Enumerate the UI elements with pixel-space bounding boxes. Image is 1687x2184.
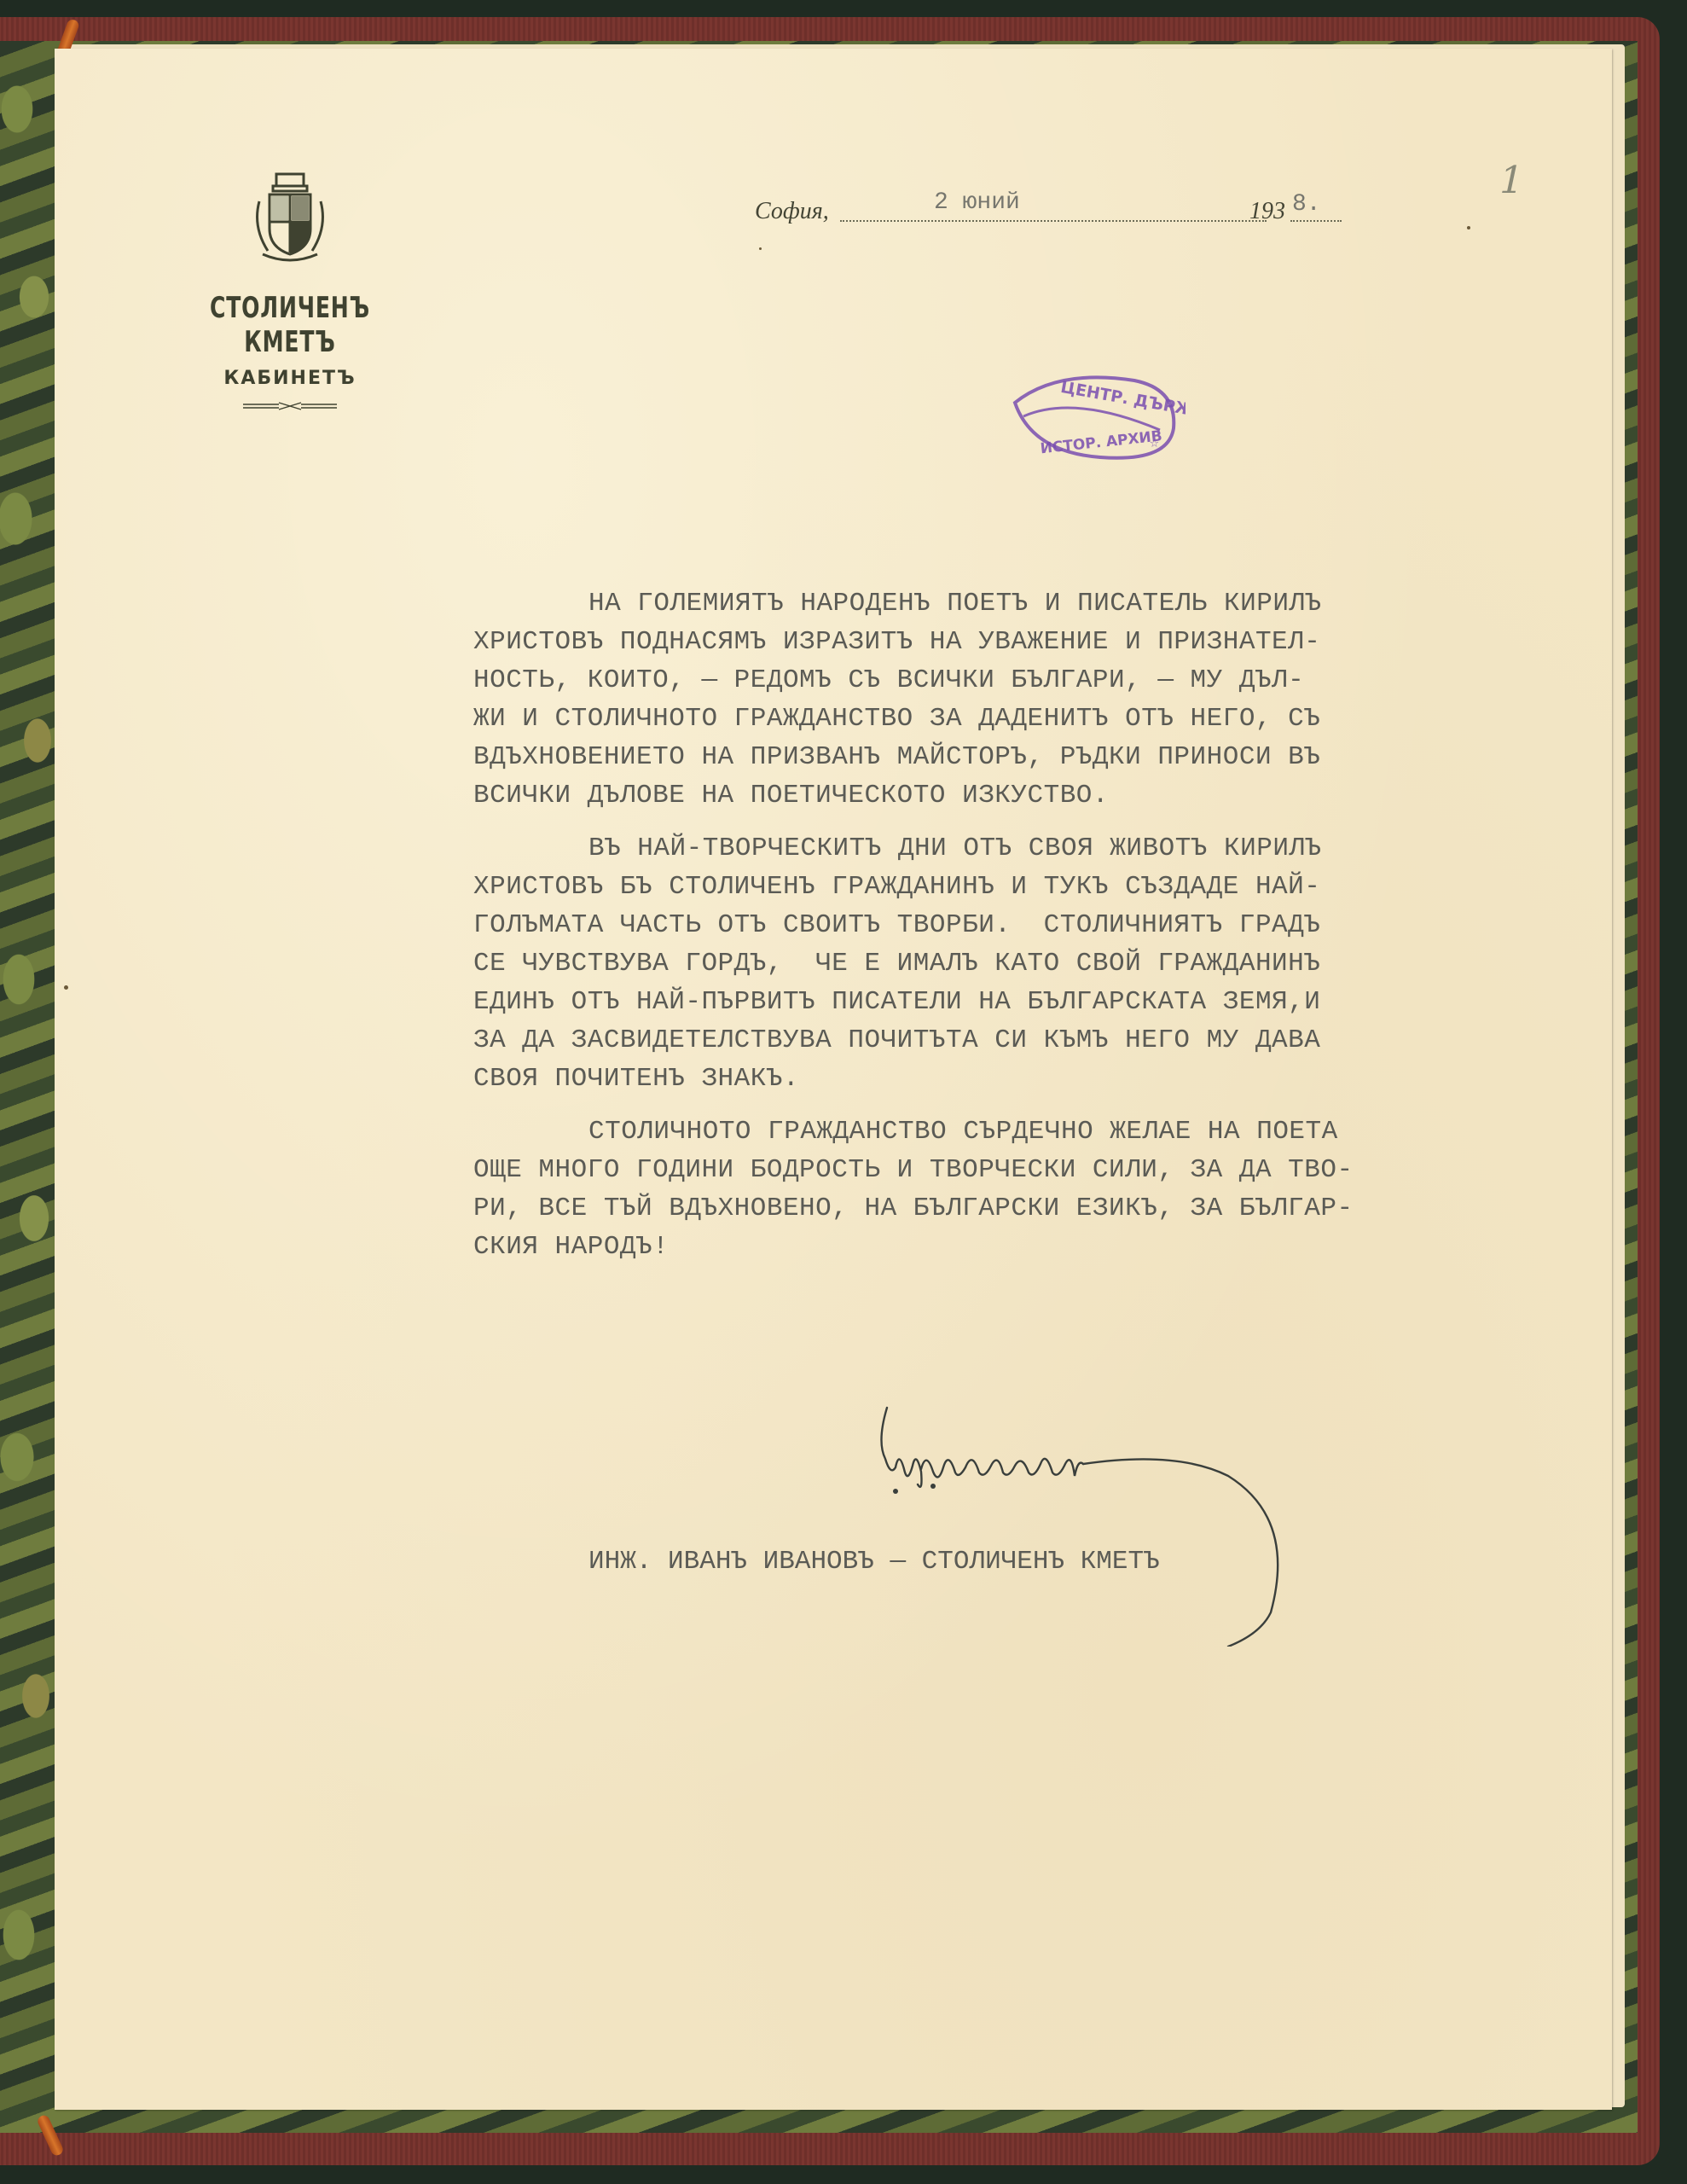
text-line: РИ, ВСЕ ТЪЙ ВДЪХНОВЕНО, НА БЪЛГАРСКИ ЕЗИ… [473,1189,1377,1228]
stamp-top-text: ЦЕНТР. ДЪРЖ. [1059,378,1186,421]
archive-stamp: ЦЕНТР. ДЪРЖ. ИСТОР. АРХИВ ☆ [1006,369,1186,464]
text-line: СТОЛИЧНОТО ГРАЖДАНСТВО СЪРДЕЧНО ЖЕЛАЕ НА… [473,1112,1377,1151]
text-line: ХРИСТОВЪ ПОДНАСЯМЪ ИЗРАЗИТЪ НА УВАЖЕНИЕ … [473,623,1377,661]
text-line: ОЩЕ МНОГО ГОДИНИ БОДРОСТЬ И ТВОРЧЕСКИ СИ… [473,1151,1377,1189]
text-line: СВОЯ ПОЧИТЕНЪ ЗНАКЪ. [473,1060,1377,1098]
text-line: СКИЯ НАРОДЪ! [473,1228,1377,1266]
letterhead: СТОЛИЧЕНЪ КМЕТЪ КАБИНЕТЪ [154,171,426,415]
date-line: София, 2 юний 193 8. [755,189,1343,232]
paper-speck [759,247,762,250]
text-line: НОСТЬ, КОИТО, — РЕДОМЪ СЪ ВСИЧКИ БЪЛГАРИ… [473,661,1377,700]
text-line: ЗА ДА ЗАСВИДЕТЕЛСТВУВА ПОЧИТЪТА СИ КЪМЪ … [473,1021,1377,1060]
text-line: ГОЛЪМАТА ЧАСТЬ ОТЪ СВОИТЪ ТВОРБИ. СТОЛИЧ… [473,906,1377,944]
letterhead-subtitle: КАБИНЕТЪ [154,368,426,389]
paper-speck [64,985,68,990]
paper-speck [1467,226,1470,229]
text-line: ХРИСТОВЪ БЪ СТОЛИЧЕНЪ ГРАЖДАНИНЪ И ТУКЪ … [473,868,1377,906]
text-line: ВДЪХНОВЕНИЕТО НА ПРИЗВАНЪ МАЙСТОРЪ, РЪДК… [473,738,1377,776]
stamp-bottom-text: ИСТОР. АРХИВ [1040,427,1163,457]
text-line: ЖИ И СТОЛИЧНОТО ГРАЖДАНСТВО ЗА ДАДЕНИТЪ … [473,700,1377,738]
date-place: София, [755,198,829,225]
paragraph-3: СТОЛИЧНОТО ГРАЖДАНСТВО СЪРДЕЧНО ЖЕЛАЕ НА… [473,1112,1377,1266]
date-year-prefix: 193 [1249,198,1285,225]
letterhead-title: СТОЛИЧЕНЪ КМЕТЪ [178,291,402,359]
handwritten-signature [870,1391,1433,1647]
text-line: НА ГОЛЕМИЯТЪ НАРОДЕНЪ ПОЕТЪ И ПИСАТЕЛЬ К… [473,584,1377,623]
letter-body: НА ГОЛЕМИЯТЪ НАРОДЕНЪ ПОЕТЪ И ПИСАТЕЛЬ К… [473,584,1377,1281]
text-line: ЕДИНЪ ОТЪ НАЙ-ПЪРВИТЪ ПИСАТЕЛИ НА БЪЛГАР… [473,983,1377,1021]
date-dotted-line [840,220,1267,222]
text-line: ВЪ НАЙ-ТВОРЧЕСКИТЪ ДНИ ОТЪ СВОЯ ЖИВОТЪ К… [473,829,1377,868]
ornament-divider-icon [243,401,337,411]
year-dotted-line [1290,220,1342,222]
paragraph-1: НА ГОЛЕМИЯТЪ НАРОДЕНЪ ПОЕТЪ И ПИСАТЕЛЬ К… [473,584,1377,815]
date-day-month: 2 юний [934,189,1020,216]
stamp-star-icon: ☆ [1150,435,1159,452]
text-line: СЕ ЧУВСТВУВА ГОРДЪ, ЧЕ Е ИМАЛЪ КАТО СВОЙ… [473,944,1377,983]
text-line: ВСИЧКИ ДЪЛОВЕ НА ПОЕТИЧЕСКОТО ИЗКУСТВО. [473,776,1377,815]
date-year-suffix: 8. [1292,191,1321,218]
signatory-name-title: ИНЖ. ИВАНЪ ИВАНОВЪ — СТОЛИЧЕНЪ КМЕТЪ [588,1547,1160,1577]
paragraph-2: ВЪ НАЙ-ТВОРЧЕСКИТЪ ДНИ ОТЪ СВОЯ ЖИВОТЪ К… [473,829,1377,1098]
sofia-coat-of-arms-icon [247,171,333,263]
